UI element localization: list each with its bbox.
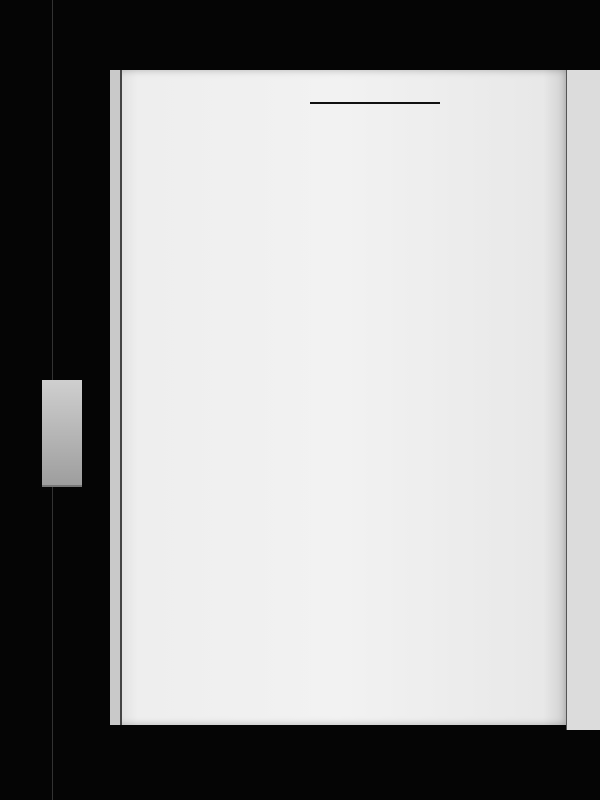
page-binding-edge	[110, 70, 122, 725]
land-grant-page	[110, 70, 566, 725]
title-underline	[310, 102, 440, 104]
adjacent-page	[566, 70, 600, 730]
loose-paper-slip	[42, 380, 82, 487]
